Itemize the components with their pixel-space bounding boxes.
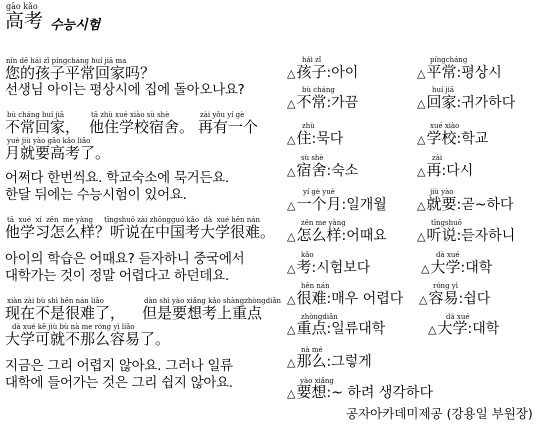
vocab-item-6: △学校:학교 [417, 130, 488, 148]
vocab-item-18: △大学:대학 [428, 320, 499, 338]
dialogue-2-chinese-1: 不常回家， [5, 119, 80, 136]
dialogue-1-chinese: 您的孩子平常回家吗？ [5, 65, 155, 82]
triangle-icon: △ [287, 356, 295, 369]
vocab-item-3: △不常:가끔 [287, 94, 358, 112]
triangle-icon: △ [417, 97, 425, 110]
dialogue-2-chinese-2: 他住学校宿舍。 [89, 119, 194, 136]
dialogue-3-korean-2: 대학가는 것이 정말 어렵다고 하던데요. [5, 268, 229, 284]
triangle-icon: △ [417, 133, 425, 146]
vocab-item-10: △就要:곧~하다 [417, 196, 514, 214]
dialogue-2-korean-1: 어쩌다 한번씩요. 학교숙소에 묵거든요. [5, 170, 229, 186]
triangle-icon: △ [287, 293, 295, 306]
triangle-icon: △ [287, 67, 295, 80]
credit-line: 공자아카데미제공 (강용일 부원장) [346, 404, 533, 422]
vocab-item-11: △怎么样:어때요 [287, 227, 387, 245]
title-chinese: 高考 [5, 11, 43, 32]
triangle-icon: △ [287, 323, 295, 336]
vocab-item-5: △住:묵다 [287, 130, 343, 148]
vocab-item-9: △一个月:일개월 [287, 196, 387, 214]
vocab-item-4: △回家:귀가하다 [417, 94, 515, 112]
triangle-icon: △ [287, 199, 295, 212]
dialogue-3-chinese: 他学习怎么样？听说在中国考大学很难。 [5, 224, 275, 241]
triangle-icon: △ [287, 387, 295, 400]
vocab-item-14: △大学:대학 [421, 259, 492, 277]
vocab-item-20: △要想:~ 하려 생각하다 [287, 384, 433, 402]
vocab-item-15: △很难:매우 어렵다 [287, 290, 403, 308]
vocab-item-7: △宿舍:숙소 [287, 162, 358, 180]
triangle-icon: △ [421, 262, 429, 275]
dialogue-4-korean-1: 지금은 그리 어렵지 않아요. 그러나 일류 [5, 358, 233, 374]
dialogue-4-korean-2: 대학에 들어가는 것은 그리 쉽지 않아요. [5, 375, 233, 391]
vocab-item-19: △那么:그렇게 [287, 353, 372, 371]
triangle-icon: △ [287, 133, 295, 146]
vocab-item-16: △容易:쉽다 [419, 290, 490, 308]
dialogue-2-korean-2: 한달 뒤에는 수능시험이 있어요. [5, 187, 187, 203]
vocab-item-17: △重点:일류대학 [287, 320, 385, 338]
triangle-icon: △ [287, 230, 295, 243]
triangle-icon: △ [428, 323, 436, 336]
dialogue-3-korean-1: 아이의 학습은 어때요? 듣자하니 중국에서 [5, 251, 244, 267]
dialogue-2-chinese-3: 再有一个 [198, 119, 258, 136]
triangle-icon: △ [287, 97, 295, 110]
triangle-icon: △ [287, 262, 295, 275]
vocab-item-12: △听说:듣자하니 [417, 227, 515, 245]
triangle-icon: △ [419, 293, 427, 306]
triangle-icon: △ [417, 230, 425, 243]
triangle-icon: △ [417, 165, 425, 178]
triangle-icon: △ [417, 199, 425, 212]
triangle-icon: △ [417, 67, 425, 80]
triangle-icon: △ [287, 165, 295, 178]
dialogue-4-chinese-2: 但是要想考上重点 [142, 305, 262, 322]
vocab-item-8: △再:다시 [417, 162, 473, 180]
vocab-item-1: △孩子:아이 [287, 64, 358, 82]
dialogue-1-korean: 선생님 아이는 평상시에 집에 돌아오나요? [5, 82, 244, 98]
vocab-item-13: △考:시험보다 [287, 259, 370, 277]
dialogue-2-chinese-4: 月就要高考了。 [5, 145, 110, 162]
dialogue-4-chinese-3: 大学可就不那么容易了。 [5, 331, 170, 348]
dialogue-4-chinese-1: 现在不是很难了， [5, 305, 125, 322]
title-korean: 수능시험 [50, 14, 100, 33]
vocab-item-2: △平常:평상시 [417, 64, 502, 82]
